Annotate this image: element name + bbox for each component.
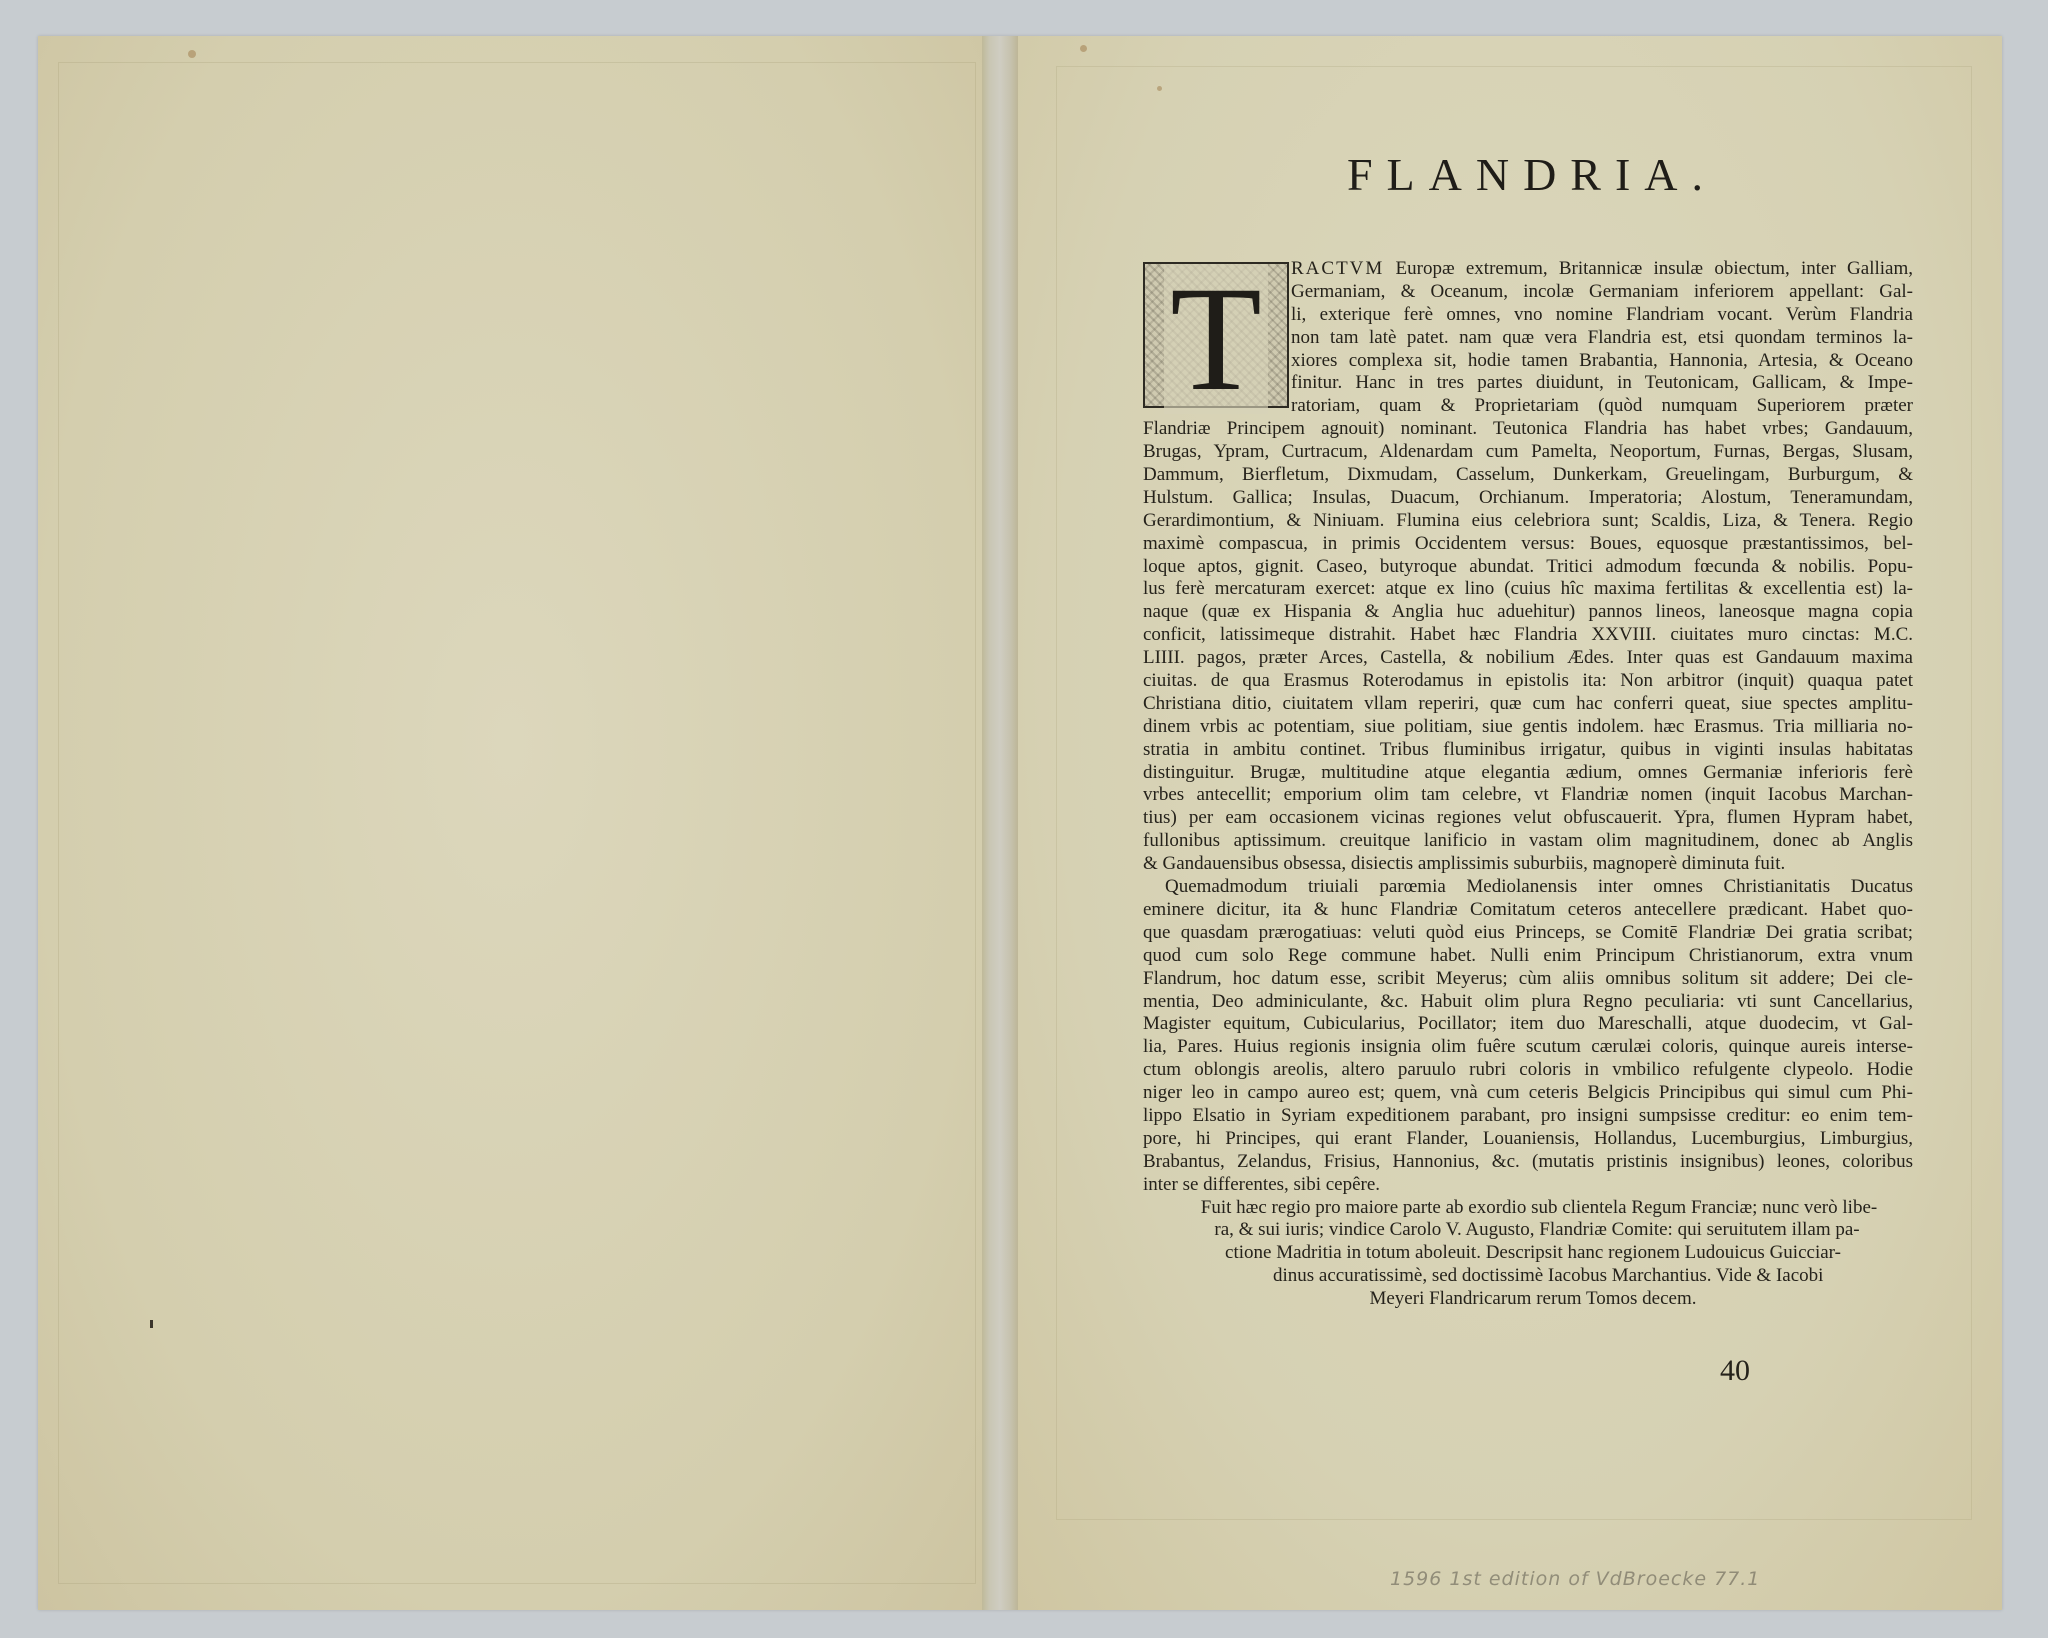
text-line: ratoriam, quam & Proprietariam (quòd num… — [1291, 395, 1913, 418]
text-line: maximè compascua, in primis Occidentem v… — [1143, 533, 1913, 556]
foxing-spot — [1157, 86, 1162, 91]
text-line: Fuit hæc regio pro maiore parte ab exord… — [1143, 1197, 1913, 1220]
text-line: Meyeri Flandricarum rerum Tomos decem. — [1143, 1288, 1913, 1311]
text-line: lia, Pares. Huius regionis insignia olim… — [1143, 1036, 1913, 1059]
text-line: stratia in ambitu continet. Tribus flumi… — [1143, 739, 1913, 762]
text-line: lus ferè mercaturam exercet: atque ex li… — [1143, 578, 1913, 601]
lead-word: RACTVM — [1291, 258, 1384, 279]
text-line: li, exterique ferè omnes, vno nomine Fla… — [1291, 304, 1913, 327]
text-line: non tam latè patet. nam quæ vera Flandri… — [1291, 327, 1913, 350]
page-number: 40 — [1720, 1354, 1750, 1388]
text-line: ctum oblongis areolis, altero paruulo ru… — [1143, 1059, 1913, 1082]
text-line: ciuitas. de qua Erasmus Roterodamus in e… — [1143, 670, 1913, 693]
text-line: dinem vrbis ac potentiam, siue politiam,… — [1143, 716, 1913, 739]
text-line: Dammum, Bierfletum, Dixmudam, Casselum, … — [1143, 464, 1913, 487]
text-line: Christiana ditio, ciuitatem vllam reperi… — [1143, 693, 1913, 716]
text-line: Hulstum. Gallica; Insulas, Duacum, Orchi… — [1143, 487, 1913, 510]
text-line: naque (quæ ex Hispania & Anglia huc adue… — [1143, 601, 1913, 624]
text-line: xiores complexa sit, hodie tamen Brabant… — [1291, 350, 1913, 373]
pencil-annotation: 1596 1st edition of VdBroecke 77.1 — [1390, 1568, 1760, 1590]
text-line: niger leo in campo aureo est; quem, vnà … — [1143, 1082, 1913, 1105]
text-line: quod cum solo Rege commune habet. Nulli … — [1143, 945, 1913, 968]
text-line: Brabantus, Zelandus, Frisius, Hannonius,… — [1143, 1151, 1913, 1174]
ink-speck — [150, 1320, 153, 1328]
text-line: finitur. Hanc in tres partes diuidunt, i… — [1291, 372, 1913, 395]
plate-mark — [58, 62, 976, 1584]
text-line: Quemadmodum triuiali parœmia Mediolanens… — [1143, 876, 1913, 899]
text-line: pore, hi Principes, qui erant Flander, L… — [1143, 1128, 1913, 1151]
map-sheet: FLANDRIA. T RACTVM Europæ extremum, Brit… — [38, 36, 2002, 1610]
foxing-spot — [1080, 45, 1087, 52]
text-line: ra, & sui iuris; vindice Carolo V. Augus… — [1143, 1219, 1913, 1242]
foxing-spot — [188, 50, 196, 58]
text-line: dinus accuratissimè, sed doctissimè Iaco… — [1143, 1265, 1913, 1288]
text-line: Magister equitum, Cubicularius, Pocillat… — [1143, 1013, 1913, 1036]
text-line: conficit, latissimeque distrahit. Habet … — [1143, 624, 1913, 647]
left-page-blank — [38, 36, 982, 1610]
text-line: vrbes antecellit; emporium olim tam cele… — [1143, 784, 1913, 807]
text-line: RACTVM Europæ extremum, Britannicæ insul… — [1291, 258, 1913, 281]
text-line: inter se differentes, sibi cepêre. — [1143, 1174, 1913, 1197]
text-line: tius) per eam occasionem vicinas regione… — [1143, 807, 1913, 830]
text-line: Germaniam, & Oceanum, incolæ Germaniam i… — [1291, 281, 1913, 304]
text-line: ctione Madritia in totum aboleuit. Descr… — [1143, 1242, 1913, 1265]
center-fold-strip — [982, 36, 1018, 1610]
text-line: & Gandauensibus obsessa, disiectis ampli… — [1143, 853, 1913, 876]
right-page-text: FLANDRIA. T RACTVM Europæ extremum, Brit… — [1018, 36, 2002, 1610]
text-line: que quasdam prærogatiuas: veluti quòd ei… — [1143, 922, 1913, 945]
text-line: Flandrum, hoc datum esse, scribit Meyeru… — [1143, 968, 1913, 991]
text-line: Brugas, Ypram, Curtracum, Aldenardam cum… — [1143, 441, 1913, 464]
text-line: lippo Elsatio in Syriam expeditionem par… — [1143, 1105, 1913, 1128]
text-line: loque aptos, gignit. Caseo, butyroque ab… — [1143, 556, 1913, 579]
text-line: LIIII. pagos, præter Arces, Castella, & … — [1143, 647, 1913, 670]
description-text: RACTVM Europæ extremum, Britannicæ insul… — [1143, 258, 1913, 1311]
text-line: fullonibus aptissimum. creuitque lanific… — [1143, 830, 1913, 853]
text-line: mentia, Deo adminiculante, &c. Habuit ol… — [1143, 991, 1913, 1014]
page-title: FLANDRIA. — [1018, 148, 2002, 201]
text-line: Flandriæ Principem agnouit) nominant. Te… — [1143, 418, 1913, 441]
text-line: Gerardimontium, & Niniuam. Flumina eius … — [1143, 510, 1913, 533]
text-line: distinguitur. Brugæ, multitudine atque e… — [1143, 762, 1913, 785]
text-line: eminere dicitur, ita & hunc Flandriæ Com… — [1143, 899, 1913, 922]
